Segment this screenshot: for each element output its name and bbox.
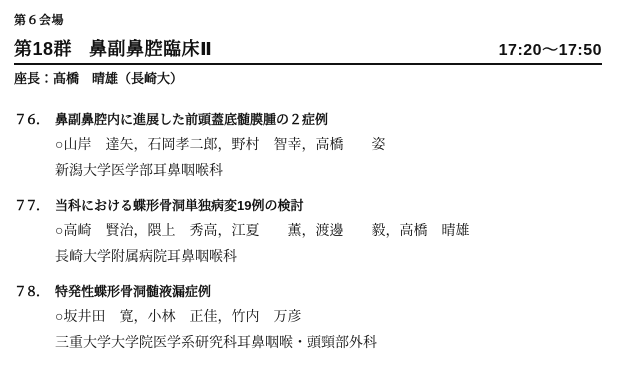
presentation-affiliation: 長崎大学附属病院耳鼻咽喉科 xyxy=(55,245,602,271)
session-heading: 第18群鼻副鼻腔臨床Ⅱ xyxy=(14,35,212,61)
program-page: 第６会場 第18群鼻副鼻腔臨床Ⅱ 17:20～17:50 座長：髙橋 晴雄（長崎… xyxy=(0,0,636,372)
presentation-affiliation: 三重大学大学院医学系研究科耳鼻咽喉・頭頸部外科 xyxy=(55,331,602,357)
presentation-list: ７６． 鼻副鼻腔内に進展した前頭蓋底髄膜腫の２症例 ○山岸 達矢，石岡孝二郎，野… xyxy=(14,107,602,357)
session-header: 第18群鼻副鼻腔臨床Ⅱ 17:20～17:50 xyxy=(14,35,602,65)
presentation-entry: ７６． 鼻副鼻腔内に進展した前頭蓋底髄膜腫の２症例 ○山岸 達矢，石岡孝二郎，野… xyxy=(14,107,602,185)
presentation-body: 鼻副鼻腔内に進展した前頭蓋底髄膜腫の２症例 ○山岸 達矢，石岡孝二郎，野村 智幸… xyxy=(55,107,602,185)
session-title: 鼻副鼻腔臨床Ⅱ xyxy=(89,39,212,59)
presentation-number: ７６． xyxy=(14,107,55,133)
presentation-entry: ７７． 当科における蝶形骨洞単独病変19例の検討 ○高崎 賢治，隈上 秀高，江夏… xyxy=(14,193,602,271)
presentation-body: 特発性蝶形骨洞髄液漏症例 ○坂井田 寛，小林 正佳，竹内 万彦 三重大学大学院医… xyxy=(55,279,602,357)
session-time: 17:20～17:50 xyxy=(499,37,602,60)
presentation-affiliation: 新潟大学医学部耳鼻咽喉科 xyxy=(55,159,602,185)
presentation-title: 当科における蝶形骨洞単独病変19例の検討 xyxy=(55,193,602,219)
presentation-authors: ○山岸 達矢，石岡孝二郎，野村 智幸，高橋 姿 xyxy=(55,133,602,159)
presentation-title: 鼻副鼻腔内に進展した前頭蓋底髄膜腫の２症例 xyxy=(55,107,602,133)
session-chair-label: 座長：髙橋 晴雄（長崎大） xyxy=(14,70,602,88)
presentation-entry: ７８． 特発性蝶形骨洞髄液漏症例 ○坂井田 寛，小林 正佳，竹内 万彦 三重大学… xyxy=(14,279,602,357)
presentation-body: 当科における蝶形骨洞単独病変19例の検討 ○高崎 賢治，隈上 秀高，江夏 薫，渡… xyxy=(55,193,602,271)
presentation-number: ７７． xyxy=(14,193,55,219)
venue-label: 第６会場 xyxy=(14,12,602,28)
session-group-label: 第18群 xyxy=(14,39,72,59)
presentation-authors: ○高崎 賢治，隈上 秀高，江夏 薫，渡邊 毅，高橋 晴雄 xyxy=(55,219,602,245)
presentation-number: ７８． xyxy=(14,279,55,305)
presentation-authors: ○坂井田 寛，小林 正佳，竹内 万彦 xyxy=(55,305,602,331)
presentation-title: 特発性蝶形骨洞髄液漏症例 xyxy=(55,279,602,305)
